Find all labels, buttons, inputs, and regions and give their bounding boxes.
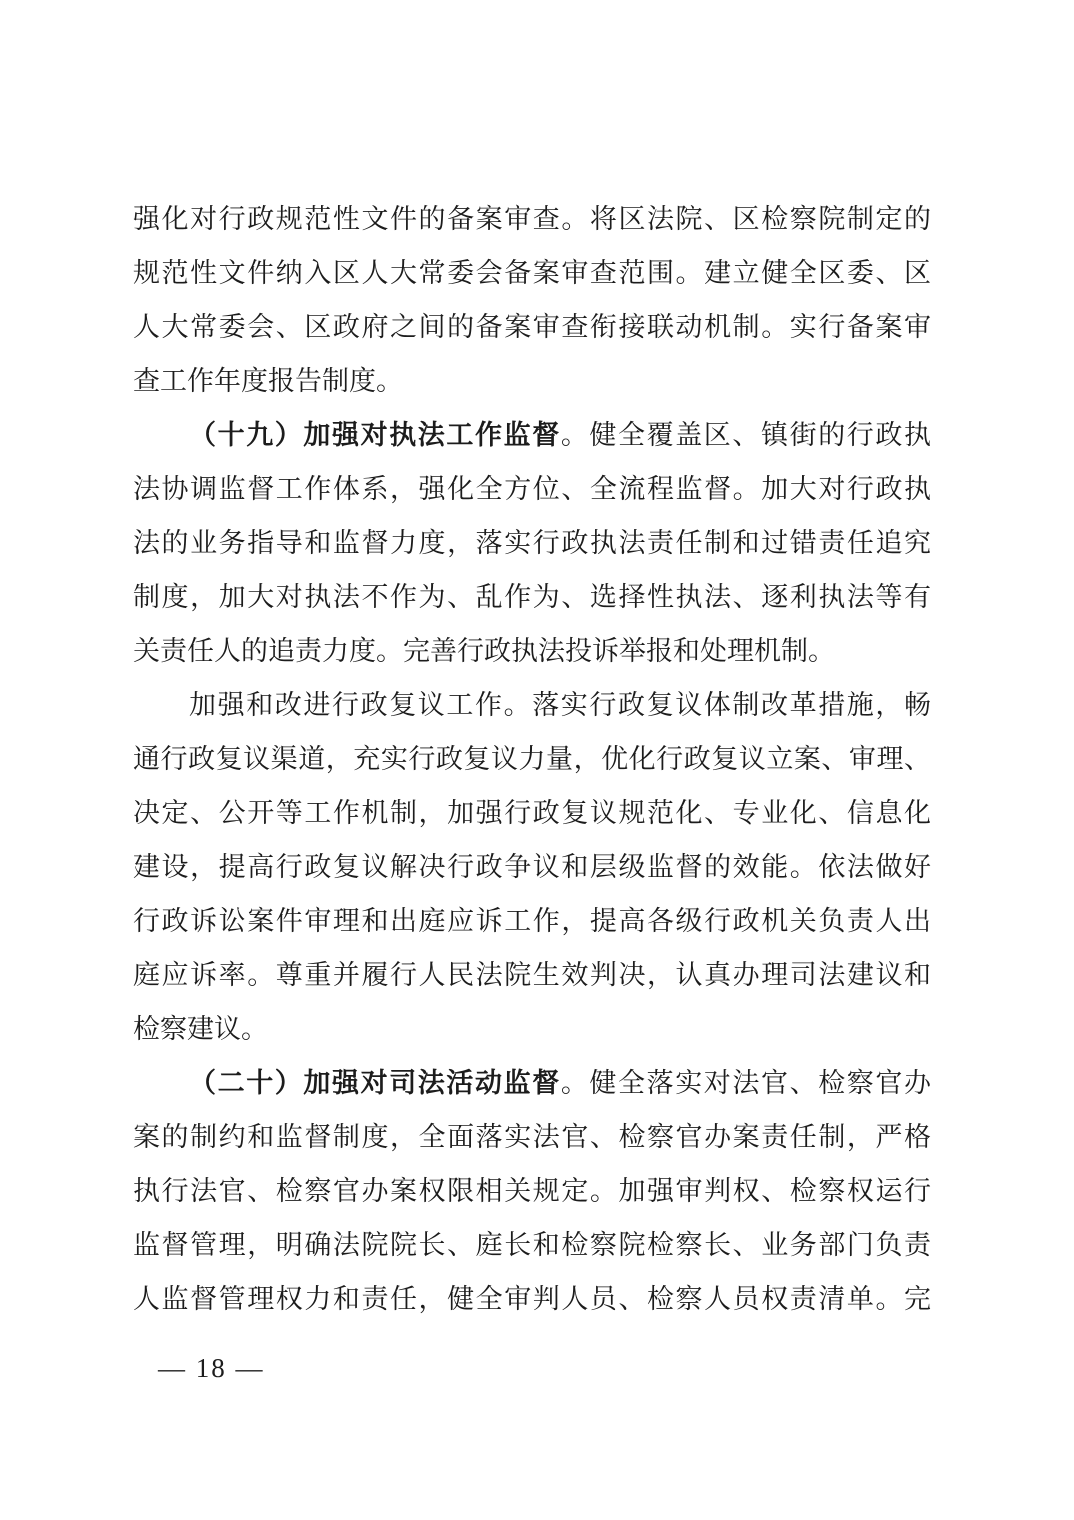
text-line: 规范性文件纳入区人大常委会备案审查范围。建立健全区委、区: [133, 246, 931, 300]
body-text-segment: 。健全落实对法官、检察官办: [561, 1068, 931, 1098]
body-text-segment: 关责任人的追责力度。完善行政执法投诉举报和处理机制。: [133, 636, 835, 666]
text-line: 通行政复议渠道，充实行政复议力量，优化行政复议立案、审理、: [133, 732, 931, 786]
body-text-segment: 人监督管理权力和责任，健全审判人员、检察人员权责清单。完: [133, 1284, 931, 1314]
body-text-segment: 监督管理，明确法院院长、庭长和检察院检察长、业务部门负责: [133, 1230, 931, 1260]
text-line: （十九）加强对执法工作监督。健全覆盖区、镇街的行政执: [133, 408, 931, 462]
body-text-segment: 通行政复议渠道，充实行政复议力量，优化行政复议立案、审理、: [133, 744, 931, 774]
heading-text: （二十）加强对司法活动监督: [189, 1068, 561, 1098]
text-line: 强化对行政规范性文件的备案审查。将区法院、区检察院制定的: [133, 192, 931, 246]
text-line: 法协调监督工作体系，强化全方位、全流程监督。加大对行政执: [133, 462, 931, 516]
text-line: 制度，加大对执法不作为、乱作为、选择性执法、逐利执法等有: [133, 570, 931, 624]
text-line: 庭应诉率。尊重并履行人民法院生效判决，认真办理司法建议和: [133, 948, 931, 1002]
document-body: 强化对行政规范性文件的备案审查。将区法院、区检察院制定的规范性文件纳入区人大常委…: [133, 192, 931, 1326]
body-text-segment: 。健全覆盖区、镇街的行政执: [561, 420, 931, 450]
document-page: 强化对行政规范性文件的备案审查。将区法院、区检察院制定的规范性文件纳入区人大常委…: [0, 0, 1074, 1520]
body-text-segment: 法协调监督工作体系，强化全方位、全流程监督。加大对行政执: [133, 474, 931, 504]
body-text-segment: 决定、公开等工作机制，加强行政复议规范化、专业化、信息化: [133, 798, 931, 828]
text-line: （二十）加强对司法活动监督。健全落实对法官、检察官办: [133, 1056, 931, 1110]
text-line: 执行法官、检察官办案权限相关规定。加强审判权、检察权运行: [133, 1164, 931, 1218]
body-text-segment: 案的制约和监督制度，全面落实法官、检察官办案责任制，严格: [133, 1122, 931, 1152]
body-text-segment: 行政诉讼案件审理和出庭应诉工作，提高各级行政机关负责人出: [133, 906, 931, 936]
body-text-segment: 查工作年度报告制度。: [133, 366, 403, 396]
body-text-segment: 建设，提高行政复议解决行政争议和层级监督的效能。依法做好: [133, 852, 931, 882]
text-line: 建设，提高行政复议解决行政争议和层级监督的效能。依法做好: [133, 840, 931, 894]
heading-text: （十九）加强对执法工作监督: [189, 420, 561, 450]
text-line: 关责任人的追责力度。完善行政执法投诉举报和处理机制。: [133, 624, 931, 678]
body-text-segment: 执行法官、检察官办案权限相关规定。加强审判权、检察权运行: [133, 1176, 931, 1206]
text-line: 案的制约和监督制度，全面落实法官、检察官办案责任制，严格: [133, 1110, 931, 1164]
body-text-segment: 制度，加大对执法不作为、乱作为、选择性执法、逐利执法等有: [133, 582, 931, 612]
body-text-segment: 检察建议。: [133, 1014, 268, 1044]
text-line: 行政诉讼案件审理和出庭应诉工作，提高各级行政机关负责人出: [133, 894, 931, 948]
body-text-segment: 加强和改进行政复议工作。落实行政复议体制改革措施，畅: [189, 690, 931, 720]
body-text-segment: 人大常委会、区政府之间的备案审查衔接联动机制。实行备案审: [133, 312, 931, 342]
text-line: 法的业务指导和监督力度，落实行政执法责任制和过错责任追究: [133, 516, 931, 570]
body-text-segment: 庭应诉率。尊重并履行人民法院生效判决，认真办理司法建议和: [133, 960, 931, 990]
text-line: 人监督管理权力和责任，健全审判人员、检察人员权责清单。完: [133, 1272, 931, 1326]
text-line: 查工作年度报告制度。: [133, 354, 931, 408]
text-line: 人大常委会、区政府之间的备案审查衔接联动机制。实行备案审: [133, 300, 931, 354]
body-text-segment: 规范性文件纳入区人大常委会备案审查范围。建立健全区委、区: [133, 258, 931, 288]
body-text-segment: 强化对行政规范性文件的备案审查。将区法院、区检察院制定的: [133, 204, 931, 234]
text-line: 检察建议。: [133, 1002, 931, 1056]
text-line: 加强和改进行政复议工作。落实行政复议体制改革措施，畅: [133, 678, 931, 732]
body-text-segment: 法的业务指导和监督力度，落实行政执法责任制和过错责任追究: [133, 528, 931, 558]
text-line: 决定、公开等工作机制，加强行政复议规范化、专业化、信息化: [133, 786, 931, 840]
page-number: — 18 —: [158, 1341, 265, 1395]
text-line: 监督管理，明确法院院长、庭长和检察院检察长、业务部门负责: [133, 1218, 931, 1272]
